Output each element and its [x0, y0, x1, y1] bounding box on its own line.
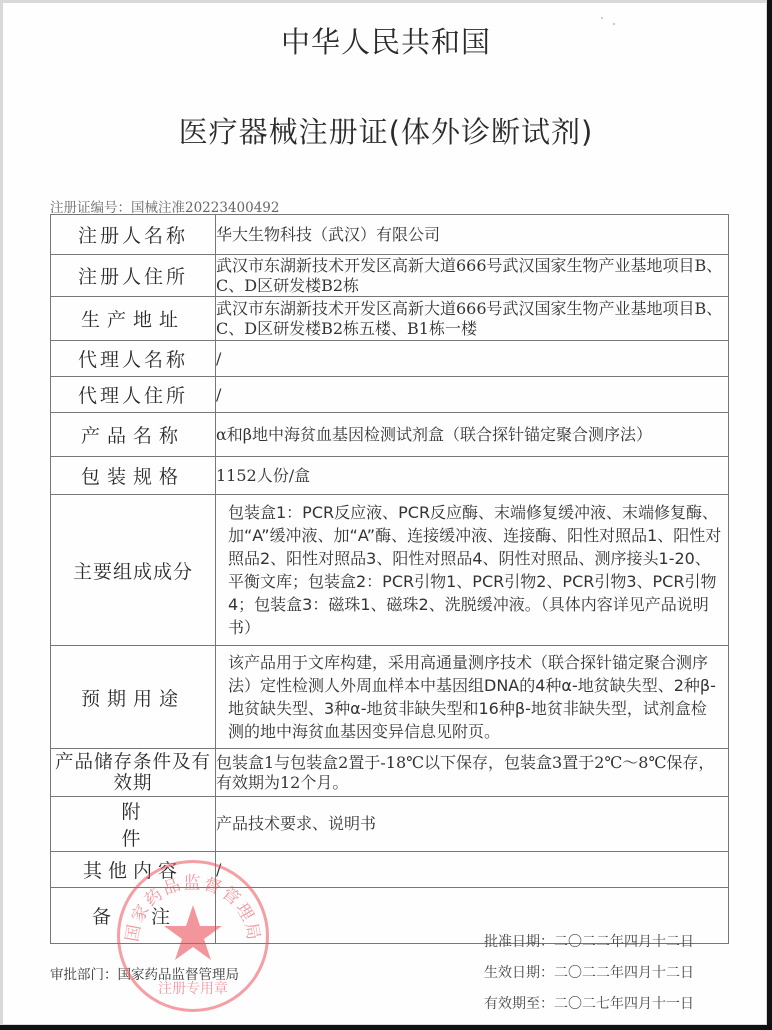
registration-table: 注册人名称 华大生物科技（武汉）有限公司 注册人住所 武汉市东湖新技术开发区高新… [50, 214, 729, 944]
table-row: 产品储存条件及有效期 包装盒1与包装盒2置于-18℃以下保存，包装盒3置于2℃～… [51, 749, 729, 797]
certificate-number: 注册证编号：国械注准20223400492 [50, 196, 279, 216]
table-row: 附件 产品技术要求、说明书 [51, 797, 729, 852]
table-row: 生产地址 武汉市东湖新技术开发区高新大道666号武汉国家生物产业基地项目B、C、… [51, 297, 729, 341]
table-row: 代理人住所 / [51, 377, 729, 413]
table-row: 包装规格 1152人份/盒 [51, 457, 729, 495]
row-value: 武汉市东湖新技术开发区高新大道666号武汉国家生物产业基地项目B、C、D区研发楼… [216, 255, 729, 297]
table-row: 注册人住所 武汉市东湖新技术开发区高新大道666号武汉国家生物产业基地项目B、C… [51, 255, 729, 297]
document-title: 医疗器械注册证(体外诊断试剂) [0, 110, 772, 151]
row-label: 生产地址 [51, 297, 216, 341]
expiry-date: 有效期至：二〇二七年四月十一日 [484, 994, 694, 1025]
table-row: 其他内容 / [51, 852, 729, 888]
table-row: 主要组成成分 包装盒1：PCR反应液、PCR反应酶、末端修复缓冲液、末端修复酶、… [51, 495, 729, 646]
row-value: 包装盒1：PCR反应液、PCR反应酶、末端修复缓冲液、末端修复酶、加“A”缓冲液… [216, 495, 729, 646]
row-value: 华大生物科技（武汉）有限公司 [216, 215, 729, 255]
row-label: 注册人住所 [51, 255, 216, 297]
row-label: 其他内容 [51, 852, 216, 888]
row-value: 1152人份/盒 [216, 457, 729, 495]
table-row: 注册人名称 华大生物科技（武汉）有限公司 [51, 215, 729, 255]
row-value: / [216, 377, 729, 413]
row-label: 产品储存条件及有效期 [51, 749, 216, 797]
row-label: 包装规格 [51, 457, 216, 495]
table-row: 预期用途 该产品用于文库构建，采用高通量测序技术（联合探针锚定聚合测序法）定性检… [51, 646, 729, 749]
date-block: 批准日期：二〇二二年四月十二日 生效日期：二〇二二年四月十二日 有效期至：二〇二… [484, 932, 694, 1025]
country-title: 中华人民共和国 [0, 20, 772, 61]
row-label: 附件 [51, 797, 216, 852]
page-edge-bottom [0, 1025, 772, 1030]
row-value: / [216, 852, 729, 888]
row-value: 包装盒1与包装盒2置于-18℃以下保存，包装盒3置于2℃～8℃保存，有效期为12… [216, 749, 729, 797]
table-row: 产品名称 α和β地中海贫血基因检测试剂盒（联合探针锚定聚合测序法） [51, 413, 729, 457]
row-label: 产品名称 [51, 413, 216, 457]
row-value: / [216, 341, 729, 377]
approval-department: 审批部门：国家药品监督管理局 [50, 963, 239, 983]
row-label: 代理人名称 [51, 341, 216, 377]
row-value: 产品技术要求、说明书 [216, 797, 729, 852]
row-label: 主要组成成分 [51, 495, 216, 646]
row-label: 注册人名称 [51, 215, 216, 255]
effective-date: 生效日期：二〇二二年四月十二日 [484, 963, 694, 994]
scan-speck [601, 17, 603, 19]
row-value: α和β地中海贫血基因检测试剂盒（联合探针锚定聚合测序法） [216, 413, 729, 457]
page-edge-right [767, 0, 772, 1030]
row-label: 备注 [51, 888, 216, 944]
row-label: 预期用途 [51, 646, 216, 749]
approval-date: 批准日期：二〇二二年四月十二日 [484, 932, 694, 963]
row-label: 代理人住所 [51, 377, 216, 413]
row-value: 武汉市东湖新技术开发区高新大道666号武汉国家生物产业基地项目B、C、D区研发楼… [216, 297, 729, 341]
row-value: 该产品用于文库构建，采用高通量测序技术（联合探针锚定聚合测序法）定性检测人外周血… [216, 646, 729, 749]
table-row: 代理人名称 / [51, 341, 729, 377]
